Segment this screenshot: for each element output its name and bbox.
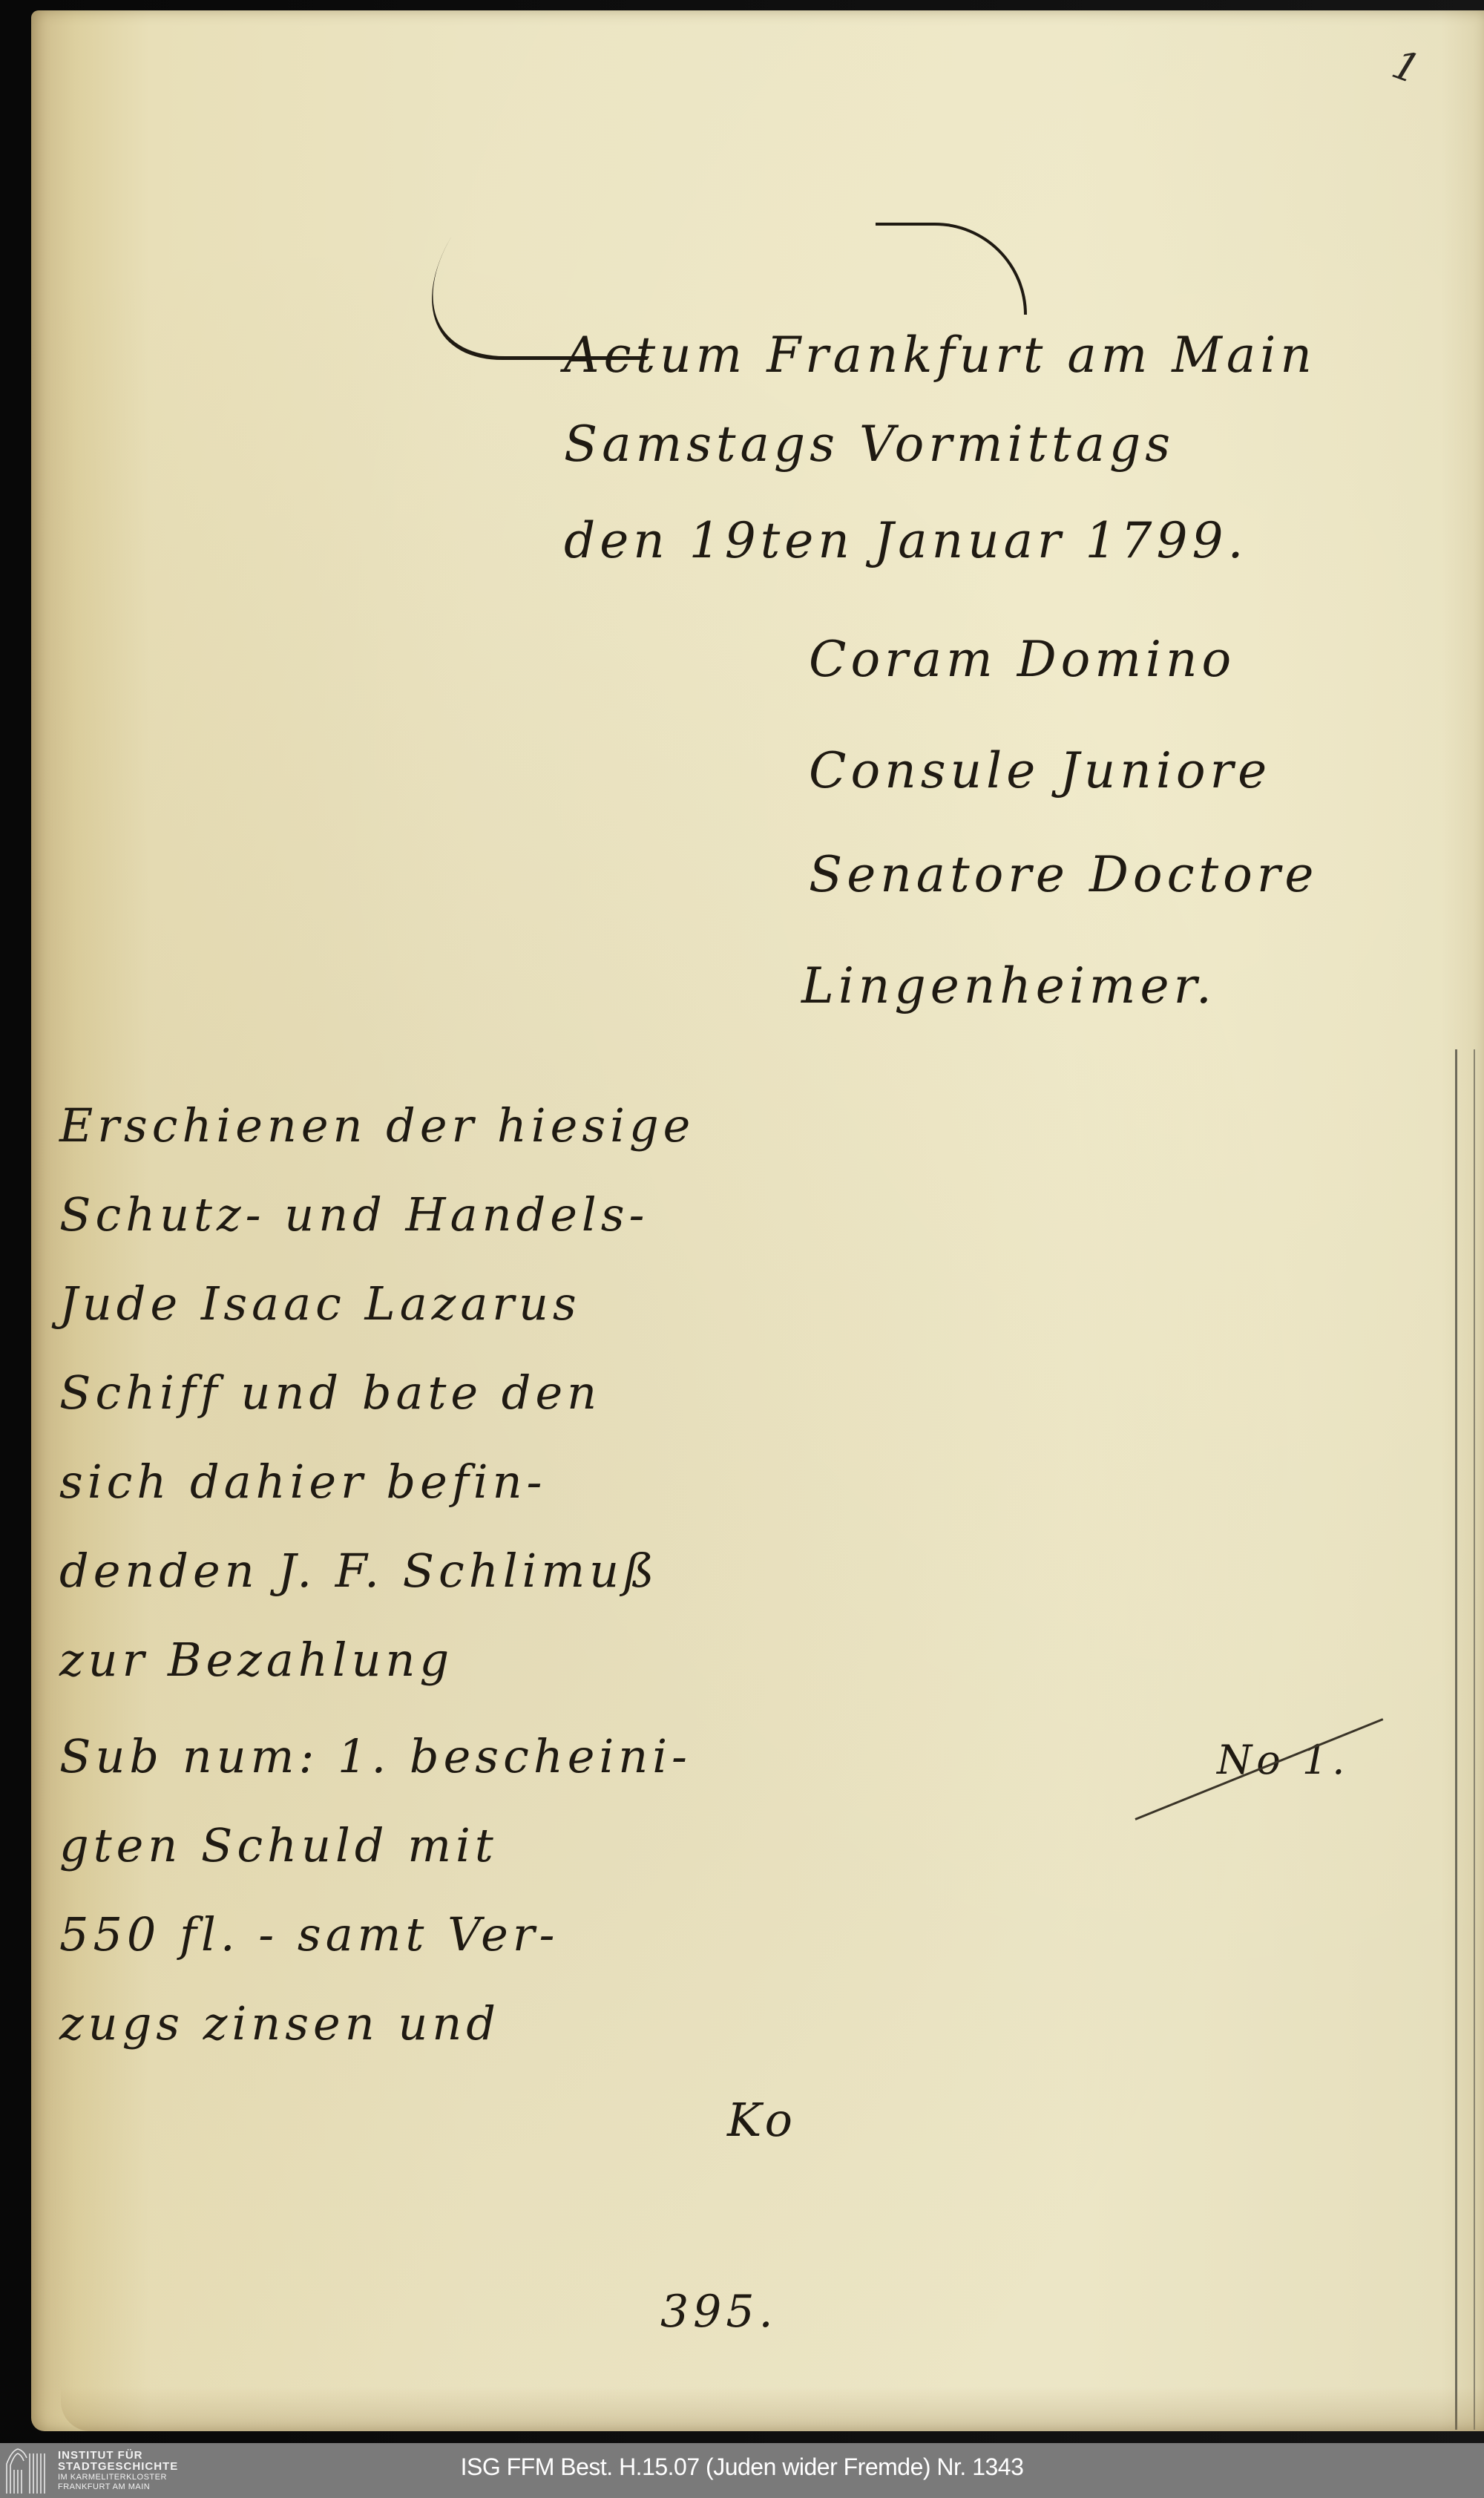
heading-line-2: Samstags Vormittags [564,416,1175,473]
body-line-7: zur Bezahlung [59,1633,453,1687]
body-line-5: sich dahier befin- [59,1455,547,1509]
body-line-3: Jude Isaac Lazarus [59,1276,581,1331]
logo-line-4: FRANKFURT AM MAIN [58,2483,178,2491]
coram-line-3: Senatore Doctore [809,846,1318,903]
body-line-4: Schiff und bate den [59,1366,601,1420]
coram-line-4: Lingenheimer. [801,957,1216,1014]
page-number: 395. [660,2286,778,2338]
body-line-2: Schutz- und Handels- [59,1187,649,1242]
body-line-6: denden J. F. Schlimuß [59,1544,659,1598]
body-catchword: Ko [727,2093,797,2147]
body-line-8: Sub num: 1. bescheini- [59,1729,692,1783]
heading-line-1: Actum Frankfurt am Main [564,327,1316,384]
archive-footer-bar: INSTITUT FÜR STADTGESCHICHTE IM KARMELIT… [0,2443,1484,2498]
coram-line-2: Consule Juniore [809,742,1271,799]
body-line-1: Erschienen der hiesige [59,1098,695,1153]
body-line-10: 550 fl. - samt Ver- [59,1907,559,1961]
page-edge-lines [1455,1049,1475,2430]
heading-line-3: den 19ten Januar 1799. [564,512,1248,569]
body-line-9: gten Schuld mit [59,1818,498,1872]
archive-signature-caption: ISG FFM Best. H.15.07 (Juden wider Fremd… [0,2453,1484,2481]
coram-line-1: Coram Domino [809,631,1235,688]
body-line-11: zugs zinsen und [59,1996,500,2050]
